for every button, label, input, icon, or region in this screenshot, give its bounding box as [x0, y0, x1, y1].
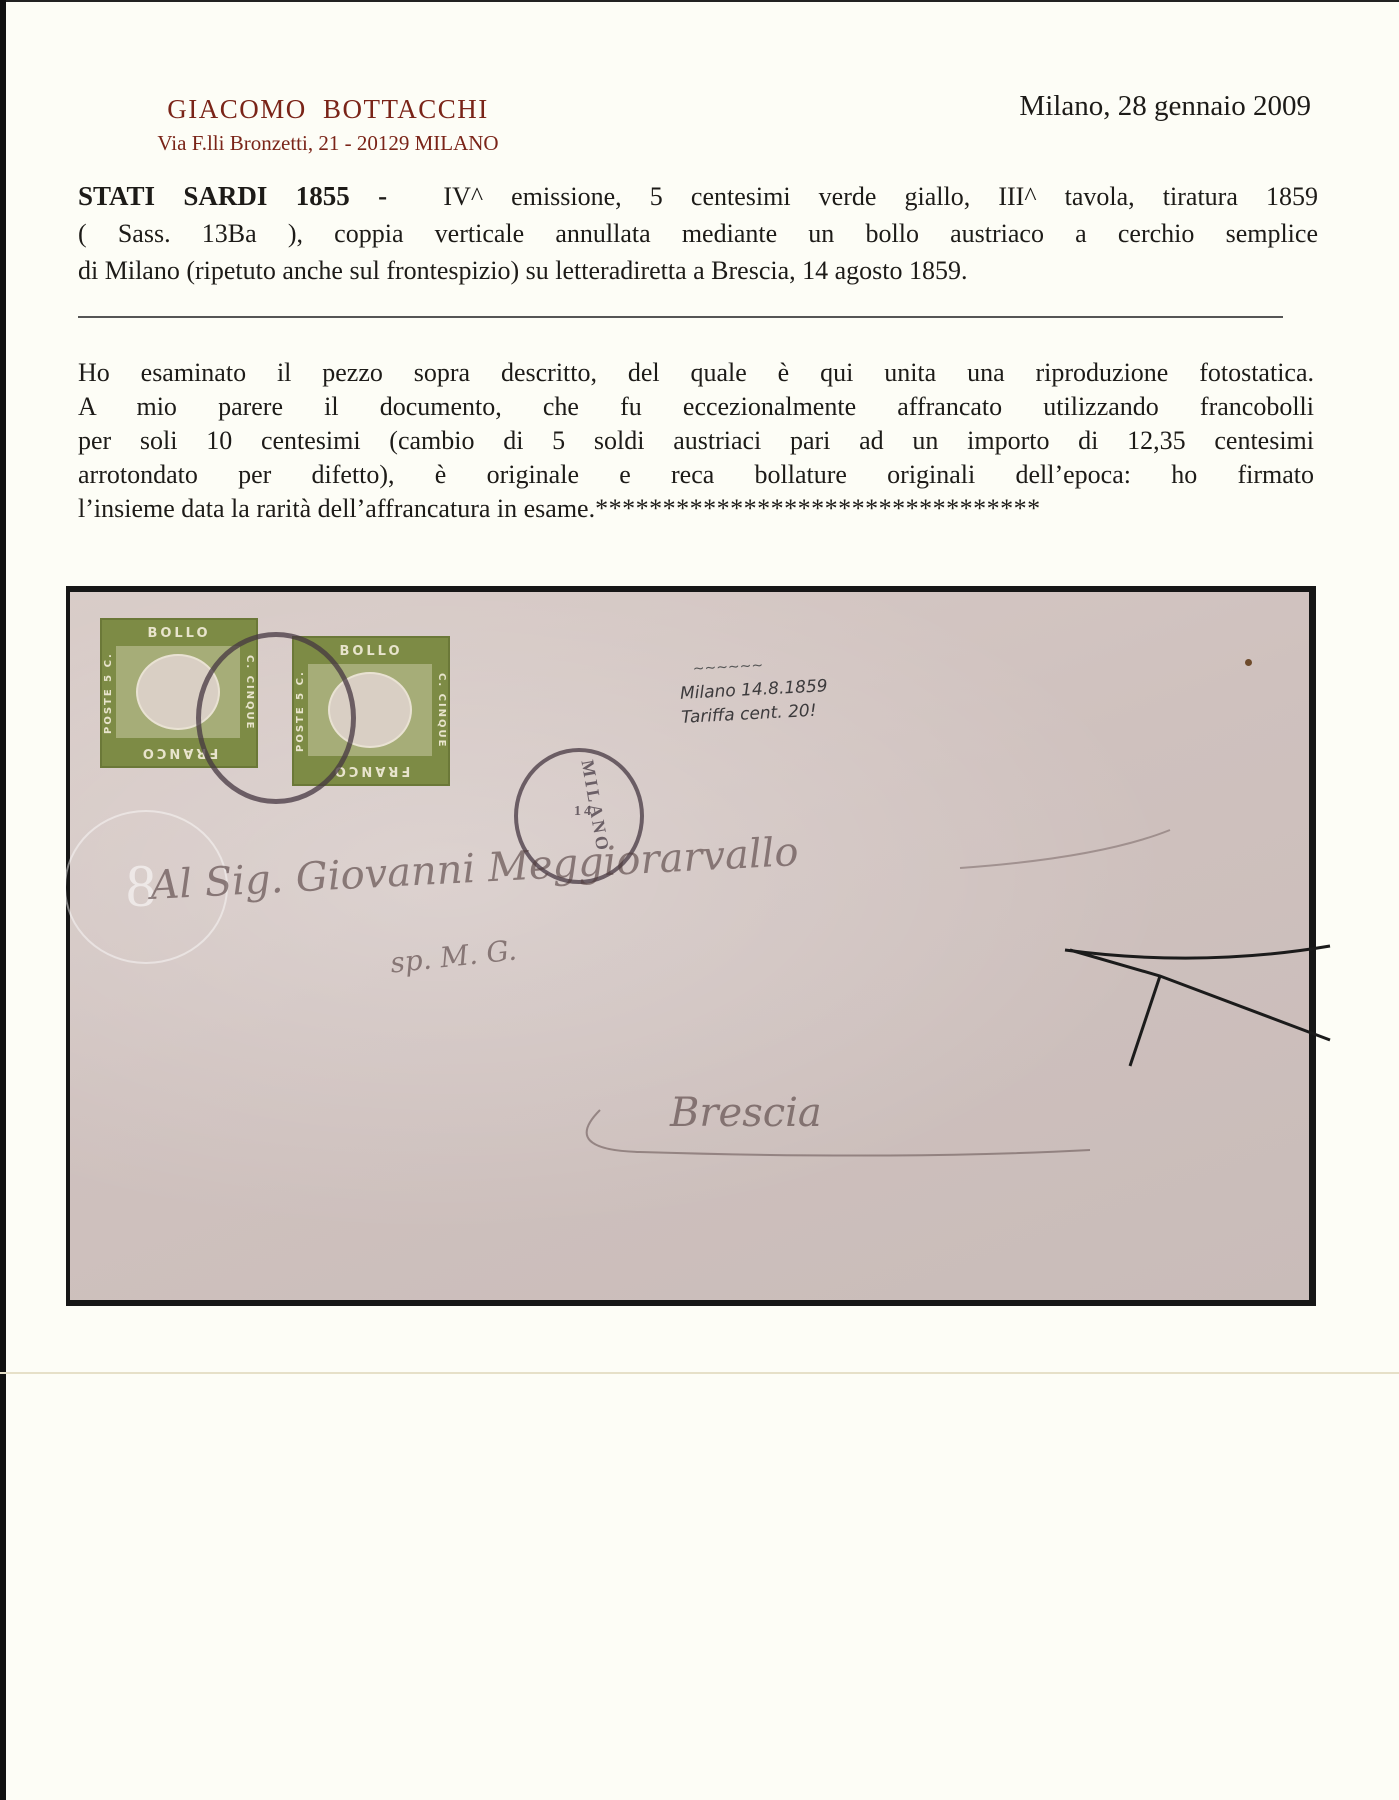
- scan-top-edge: [0, 0, 1399, 2]
- scan-left-edge: [0, 0, 6, 1800]
- ink-spot: [1245, 659, 1252, 666]
- pencil-line-2: Tariffa cent. 20!: [681, 701, 817, 728]
- lot-description: STATI SARDI 1855 - IV^ emissione, 5 cent…: [78, 178, 1318, 289]
- pencil-line-1: Milano 14.8.1859: [680, 676, 828, 704]
- opinion-line: arrotondato per difetto), è originale e …: [78, 458, 1314, 492]
- stamp-text-top: BOLLO: [102, 626, 256, 641]
- postmark-day: 14: [574, 804, 594, 820]
- lot-line-2: ( Sass. 13Ba ), coppia verticale annulla…: [78, 215, 1318, 252]
- paper-fold-line: [0, 1372, 1399, 1374]
- lot-heading: STATI SARDI 1855 -: [78, 181, 387, 211]
- opinion-line: Ho esaminato il pezzo sopra descritto, d…: [78, 356, 1314, 390]
- filler-stars: *********************************: [595, 494, 1041, 523]
- certificate-date: Milano, 28 gennaio 2009: [1019, 90, 1311, 123]
- lot-line-1: STATI SARDI 1855 - IV^ emissione, 5 cent…: [78, 178, 1318, 215]
- expert-address: Via F.lli Bronzetti, 21 - 20129 MILANO: [118, 131, 538, 156]
- lot-line-3: di Milano (ripetuto anche sul frontespiz…: [78, 252, 1318, 289]
- expert-name: GIACOMO BOTTACCHI: [118, 94, 538, 125]
- opinion-line: per soli 10 centesimi (cambio di 5 soldi…: [78, 424, 1314, 458]
- pencil-annotation: ~~~~~~ Milano 14.8.1859 Tariffa cent. 20…: [678, 650, 829, 730]
- opinion-line: A mio parere il documento, che fu eccezi…: [78, 390, 1314, 424]
- section-divider: [78, 316, 1283, 318]
- cancel-on-stamps: [196, 632, 356, 804]
- letterhead: GIACOMO BOTTACCHI Via F.lli Bronzetti, 2…: [118, 94, 538, 156]
- opinion-line: l’insieme data la rarità dell’affrancatu…: [78, 492, 1314, 526]
- expert-opinion: Ho esaminato il pezzo sopra descritto, d…: [78, 356, 1314, 526]
- address-destination: Brescia: [670, 1090, 822, 1136]
